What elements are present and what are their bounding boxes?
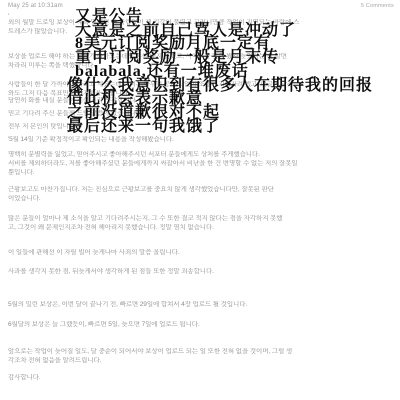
bg-paragraph: 이 일들에 관해선 이 자릴 빌어 늦게나마 사죄의 말씀 올립니다. bbox=[8, 249, 396, 258]
bg-text-line: 이었습니다. bbox=[8, 195, 396, 204]
bg-paragraph: 사람들이 한 달 가까이 기다리고 계셨는데도 저는 아무런 공지도 없이 조용… bbox=[8, 81, 396, 99]
bg-text-line: 5월의 밀린 보상은, 이번 달이 끝나기 전, 빠르면 29일에 합쳐서 4장… bbox=[8, 301, 396, 310]
bg-text-line: 각조차 전혀 없음을 알려드립니다. bbox=[8, 357, 396, 366]
bg-text-line: 당연히 화를 내실 분들이 계실 거라 생각합니다. bbox=[8, 97, 396, 106]
post-timestamp: May 25 at 10:31am bbox=[8, 3, 63, 9]
bg-paragraph: 믿고 기다려 주신 분들께 드릴 말씀이 없습니다. bbox=[8, 110, 396, 119]
bg-paragraph: 외의 월말 드로잉 보상이 계속 밀렸던 건 틀림없이 제 기강이 풀렸고 그러… bbox=[8, 19, 396, 37]
bg-text-line: 6월달의 보상은 늘 그랬듯이, 빠르면 5일, 늦으면 7일에 업로드 됩니다… bbox=[8, 321, 396, 330]
bg-text-line: 이 일들에 관해선 이 자릴 빌어 늦게나마 사죄의 말씀 올립니다. bbox=[8, 249, 396, 258]
bg-paragraph: 앞으로는 작업이 늦어질 일도, 달 중순이 되어서야 보상이 업로드 되는 일… bbox=[8, 348, 396, 366]
bg-paragraph: '5월 14일 기준 확정적이고 확인되는 내용을 작성해봤습니다. bbox=[8, 136, 396, 145]
bg-text-line: 믿고 기다려 주신 분들께 드릴 말씀이 없습니다. bbox=[8, 110, 396, 119]
overlay-line: 8美元订阅奖励月底一定有 bbox=[75, 37, 400, 51]
bg-paragraph: 전부 저 본인의 탓입니다. bbox=[8, 123, 396, 132]
bg-text-line: 전부 저 본인의 탓입니다. bbox=[8, 123, 396, 132]
bg-text-line: 차라리 미루는 쪽을 택했습니다. bbox=[8, 62, 396, 71]
bg-paragraph: 5월의 밀린 보상은, 이번 달이 끝나기 전, 빠르면 29일에 합쳐서 4장… bbox=[8, 301, 396, 310]
post-header: May 25 at 10:31am 5 Comments bbox=[8, 3, 394, 9]
bg-paragraph: 명백히 분별력을 잃었고, 믿어주시고 좋아해주시던 서포터 분들에게도 상처를… bbox=[8, 151, 396, 177]
bg-text-line: 앞으로는 작업이 늦어질 일도, 달 중순이 되어서야 보상이 업로드 되는 일… bbox=[8, 348, 396, 357]
bg-paragraph: 많은 분들이 얼마나 제 소식을 알고 기다려주시는지, 그 수 또한 결코 적… bbox=[8, 215, 396, 233]
bg-text-line: 사람들이 한 달 가까이 기다리고 계셨는데도 저는 아무런 공지도 없이 조용… bbox=[8, 81, 396, 90]
bg-text-line: 보상을 업로드 해야 하는 날짜가 다가오는데도 손을 대지 못했고, 사이즈를… bbox=[8, 53, 396, 62]
bg-paragraph: 근황보고도 마찬가집니다. 저는 진심으로 근황보고를 중요치 않게 생각했었습… bbox=[8, 186, 396, 204]
bg-text-line: '5월 14일 기준 확정적이고 확인되는 내용을 작성해봤습니다. bbox=[8, 136, 396, 145]
bg-text-line: 많은 분들이 얼마나 제 소식을 알고 기다려주시는지, 그 수 또한 결코 적… bbox=[8, 215, 396, 224]
bg-text-line: 근황보고도 마찬가집니다. 저는 진심으로 근황보고를 중요치 않게 생각했었습… bbox=[8, 186, 396, 195]
post-page: May 25 at 10:31am 5 Comments ' 외의 월말 드로잉… bbox=[0, 0, 400, 400]
bg-paragraph: 6월달의 보상은 늘 그랬듯이, 빠르면 5일, 늦으면 7일에 업로드 됩니다… bbox=[8, 321, 396, 330]
bg-text-line: 감사합니다. bbox=[8, 374, 396, 383]
bg-text-line: 외의 월말 드로잉 보상이 계속 밀렸던 건 틀림없이 제 기강이 풀렸고 그러… bbox=[8, 19, 396, 28]
bg-text-line: 사과를 생각지 못한 점, 뒤늦게서야 생각하게 된 점들 또한 정말 죄송합니… bbox=[8, 268, 396, 277]
bg-text-line: 트레스가 많았습니다. bbox=[8, 28, 396, 37]
bg-text-line: 명백히 분별력을 잃었고, 믿어주시고 좋아해주시던 서포터 분들에게도 상처를… bbox=[8, 151, 396, 160]
bg-paragraph: 사과를 생각지 못한 점, 뒤늦게서야 생각하게 된 점들 또한 정말 죄송합니… bbox=[8, 268, 396, 277]
bg-paragraph: 감사합니다. bbox=[8, 374, 396, 383]
bg-text-line: 고, 그것이 왜 문제인지조차 전혀 헤아리지 못했습니다. 정말 염치 없습니… bbox=[8, 224, 396, 233]
bg-text-line: 뿐입니다. bbox=[8, 169, 396, 178]
comments-link[interactable]: 5 Comments bbox=[361, 3, 394, 9]
bg-paragraph: 당연히 화를 내실 분들이 계실 거라 생각합니다. bbox=[8, 97, 396, 106]
bg-text-line: 서비를 제외하더라도, 저를 좋아해주셨던 분들에게까지 싸잡아서 비난을 한 … bbox=[8, 160, 396, 169]
bg-paragraph: 보상을 업로드 해야 하는 날짜가 다가오는데도 손을 대지 못했고, 사이즈를… bbox=[8, 53, 396, 71]
